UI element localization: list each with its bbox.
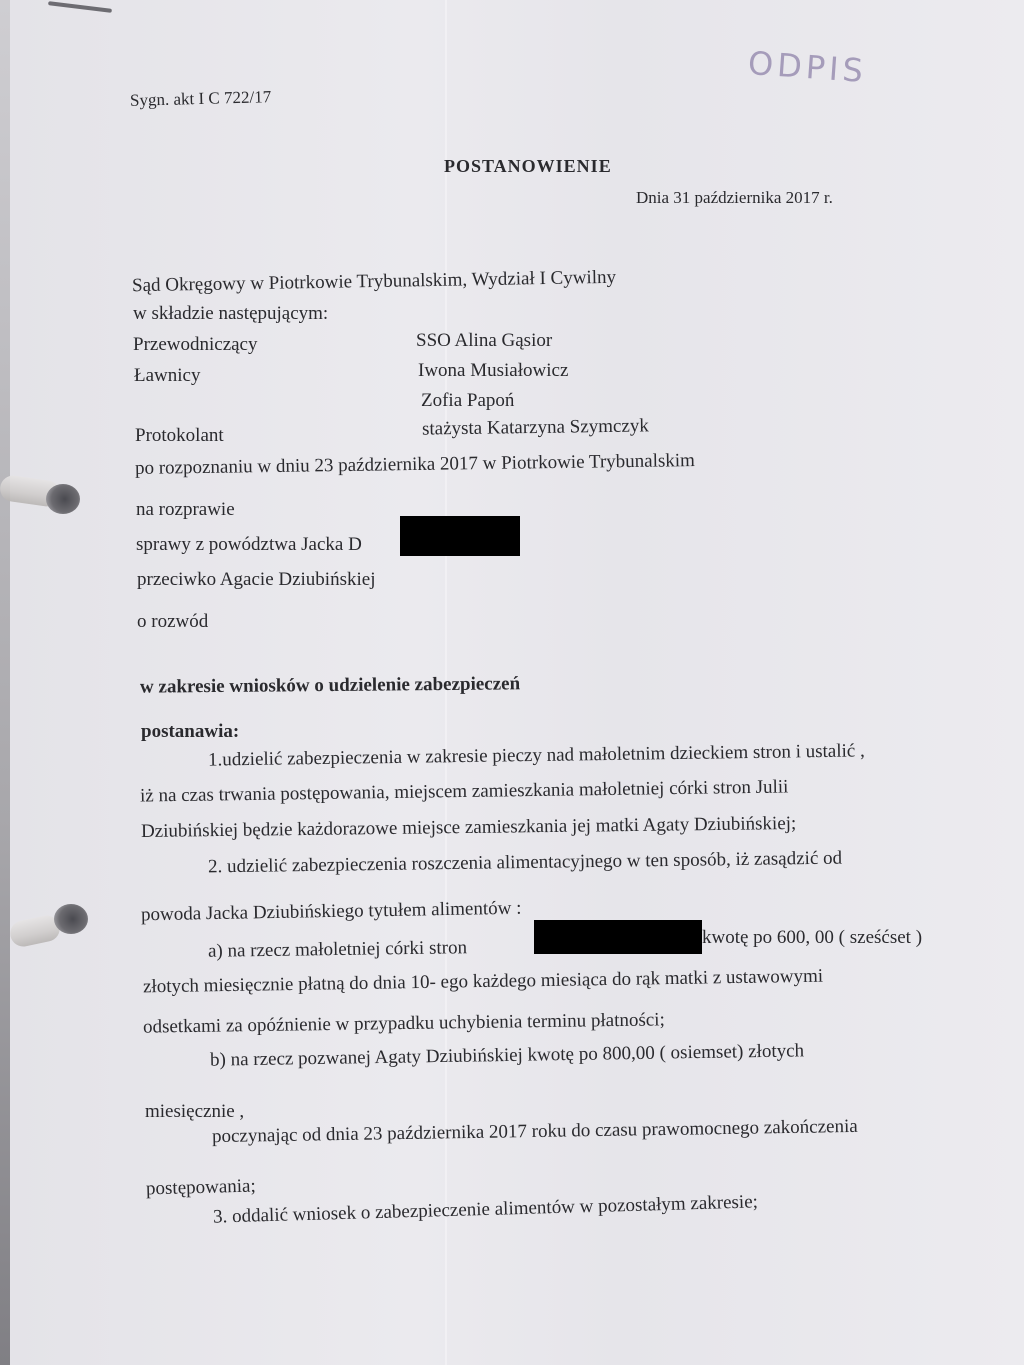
role-label: Przewodniczący (133, 335, 258, 354)
body-line: postępowania; (146, 1177, 256, 1199)
member-name: Zofia Papoń (421, 391, 514, 410)
redaction-box (400, 516, 520, 556)
document-title: POSTANOWIENIE (444, 157, 612, 175)
defendant-line: przeciwko Agacie Dziubińskiej (137, 570, 375, 589)
document-date: Dnia 31 października 2017 r. (636, 189, 833, 206)
member-name: SSO Alina Gąsior (416, 331, 552, 350)
case-subject: o rozwód (137, 612, 208, 631)
role-label: Ławnicy (134, 366, 200, 385)
page-edge (0, 0, 10, 1365)
scope-heading: w zakresie wniosków o udzielenie zabezpi… (140, 674, 520, 696)
binder-hole-icon (54, 904, 88, 934)
composition-intro: w składzie następującym: (133, 304, 328, 323)
plaintiff-line: sprawy z powództwa Jacka D (136, 535, 362, 554)
body-line: a) na rzecz małoletniej córki stron (208, 938, 467, 961)
role-label: Protokolant (135, 426, 224, 445)
member-name: stażysta Katarzyna Szymczyk (422, 416, 649, 438)
body-line: kwotę po 600, 00 ( sześćset ) (702, 928, 922, 947)
case-number: Sygn. akt I C 722/17 (130, 88, 272, 109)
body-line: miesięcznie , (145, 1102, 244, 1121)
binder-hole-icon (46, 484, 80, 514)
hearing-type: na rozprawie (136, 500, 235, 519)
member-name: Iwona Musiałowicz (418, 361, 568, 380)
decision-verb: postanawia: (141, 722, 239, 741)
redaction-box (534, 920, 702, 954)
